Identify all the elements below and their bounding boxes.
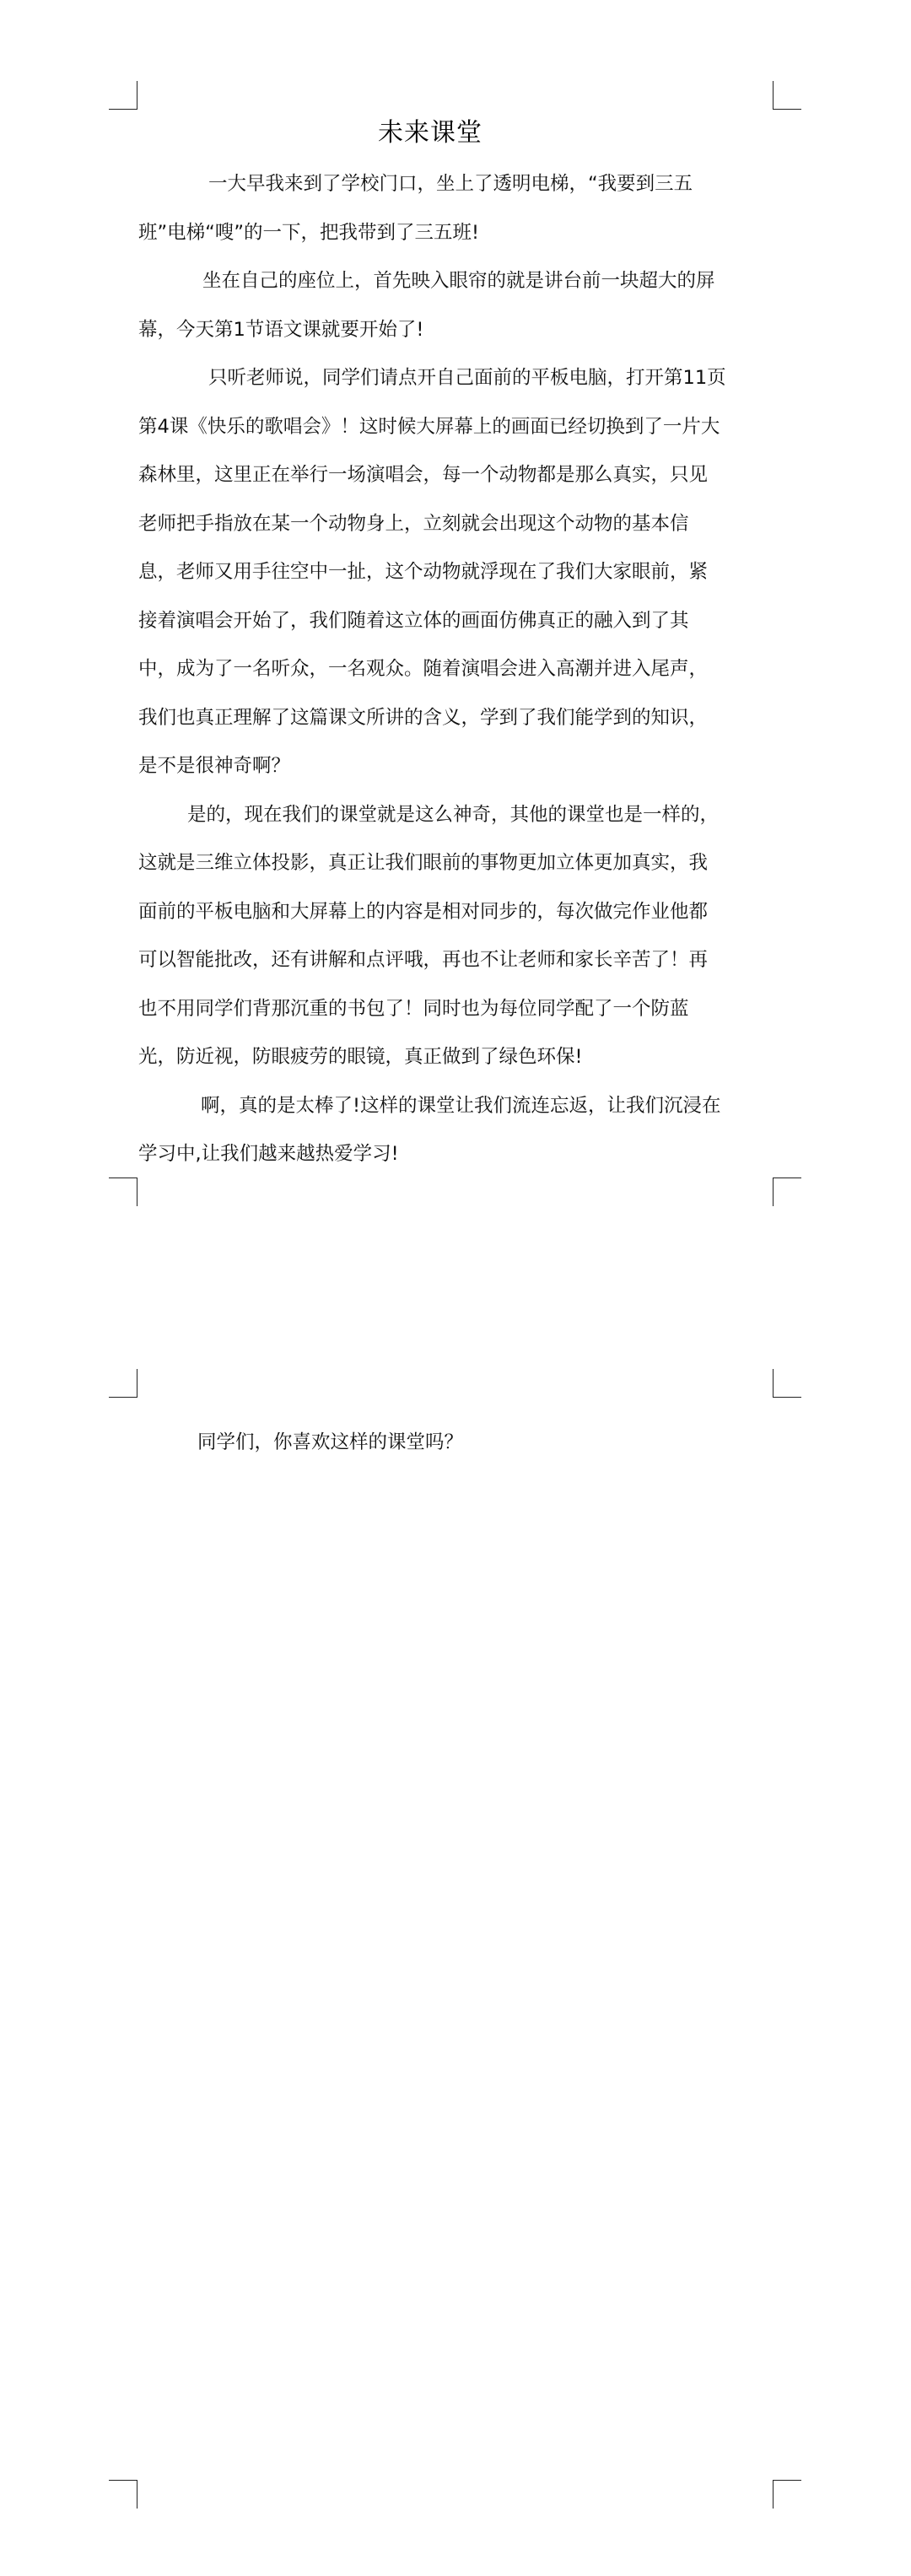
paragraph-3-line-5: 息，老师又用手往空中一扯，这个动物就浮现在了我们大家眼前，紧 [138,548,779,597]
paragraph-3-line-6: 接着演唱会开始了，我们随着这立体的画面仿佛真正的融入到了其 [138,597,779,646]
crop-mark-top-left [109,81,137,110]
paragraph-4-line-5: 也不用同学们背那沉重的书包了！同时也为每位同学配了一个防蓝 [138,985,779,1034]
crop-mark-top-left [109,1369,137,1398]
paragraph-4-line-6: 光，防近视，防眼疲劳的眼镜，真正做到了绿色环保! [138,1033,779,1082]
crop-mark-bottom-right [773,1178,801,1206]
paragraph-4-line-4: 可以智能批改，还有讲解和点评哦，再也不让老师和家长辛苦了！再 [138,936,779,985]
paragraph-4-line-1: 是的，现在我们的课堂就是这么神奇，其他的课堂也是一样的， [138,791,779,840]
paragraph-1-line-1: 一大早我来到了学校门口，坐上了透明电梯，“我要到三五 [138,160,779,209]
document-body: 一大早我来到了学校门口，坐上了透明电梯，“我要到三五 班”电梯“嗖”的一下，把我… [138,160,779,1179]
crop-mark-bottom-left [109,1178,137,1206]
document-title: 未来课堂 [0,115,911,152]
paragraph-2-line-1: 坐在自己的座位上，首先映入眼帘的就是讲台前一块超大的屏 [138,257,779,306]
paragraph-3-line-2: 第4课《快乐的歌唱会》！这时候大屏幕上的画面已经切换到了一片大 [138,403,779,452]
crop-mark-bottom-left [109,2480,137,2509]
crop-mark-top-right [773,1369,801,1398]
paragraph-4-line-3: 面前的平板电脑和大屏幕上的内容是相对同步的，每次做完作业他都 [138,888,779,937]
paragraph-3-line-8: 我们也真正理解了这篇课文所讲的含义，学到了我们能学到的知识， [138,694,779,743]
paragraph-3-line-7: 中，成为了一名听众，一名观众。随着演唱会进入高潮并进入尾声， [138,645,779,694]
closing-question: 同学们，你喜欢这样的课堂吗？ [197,1425,463,1459]
paragraph-5-line-2: 学习中,让我们越来越热爱学习! [138,1130,779,1179]
paragraph-3-line-4: 老师把手指放在某一个动物身上，立刻就会出现这个动物的基本信 [138,500,779,549]
paragraph-2-line-2: 幕，今天第1节语文课就要开始了! [138,306,779,355]
paragraph-4-line-2: 这就是三维立体投影，真正让我们眼前的事物更加立体更加真实，我 [138,839,779,888]
paragraph-3-line-1: 只听老师说，同学们请点开自己面前的平板电脑，打开第11页 [138,354,779,403]
paragraph-5-line-1: 啊，真的是太棒了!这样的课堂让我们流连忘返，让我们沉浸在 [138,1082,779,1131]
crop-mark-bottom-right [773,2480,801,2509]
paragraph-1-line-2: 班”电梯“嗖”的一下，把我带到了三五班! [138,209,779,258]
paragraph-3-line-9: 是不是很神奇啊？ [138,742,779,791]
crop-mark-top-right [773,81,801,110]
paragraph-3-line-3: 森林里，这里正在举行一场演唱会，每一个动物都是那么真实，只见 [138,451,779,500]
